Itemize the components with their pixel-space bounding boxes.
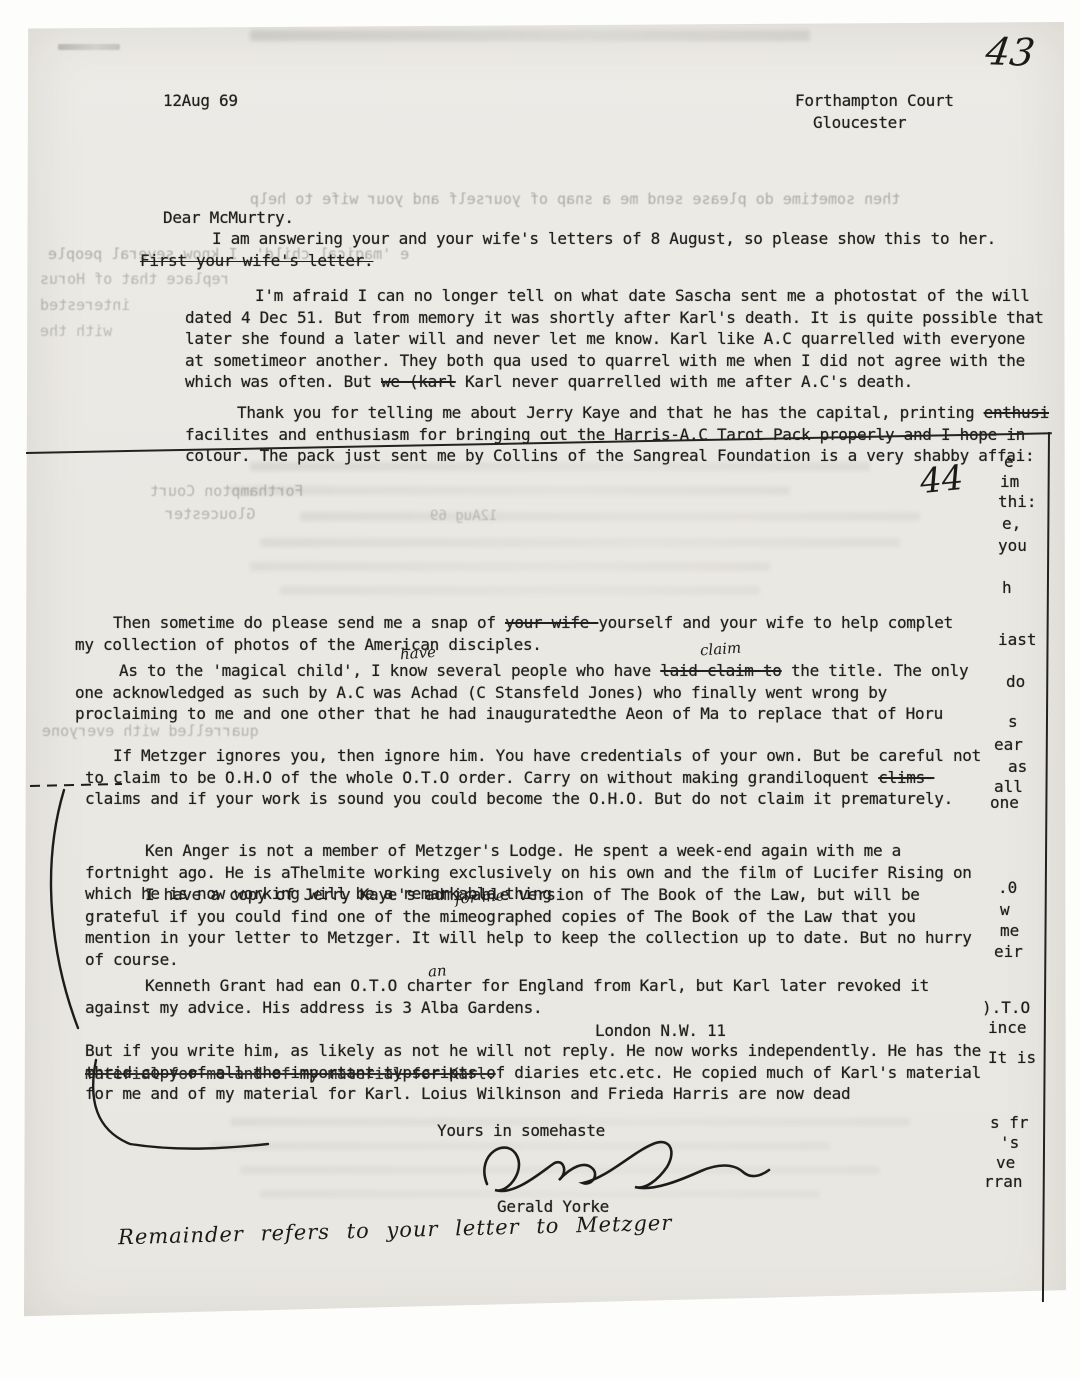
ghost-text-bar-10 [260,1190,820,1198]
p3-text-b: Karl never quarrelled with me after A.C'… [456,372,913,391]
p4-struck: enthusi [984,403,1049,422]
edge-fragment: .0 [998,878,1017,897]
scanned-letter-page: 43 44 12Aug 69 Forthampton Court Glouces… [0,0,1080,1379]
p7-struck: clims- [878,768,934,787]
edge-fragment: one [990,793,1019,812]
edge-fragment: e [1004,452,1014,471]
edge-fragment: you [998,536,1027,555]
ghost-text-bar-9 [240,1166,880,1174]
edge-fragment: w [1000,900,1010,919]
scan-smear-top [250,30,810,41]
ghost-text-bar-8 [210,1142,830,1150]
greeting: Dear McMurtry. [163,207,1043,229]
ghost-overlay-address-2: Gloucester [165,505,255,523]
ghost-text-bar-3 [300,512,920,521]
edge-fragment: e, [1002,514,1021,533]
paragraph-5: Then sometime do please send me a snap o… [75,612,980,655]
ghost-text-bar-4 [260,538,900,547]
insert-have: have [399,643,436,663]
edge-fragment: eir [994,942,1023,961]
letterhead-address-1: Forthampton Court [795,90,954,112]
p4-text-a: Thank you for telling me about Jerry Kay… [237,403,984,422]
edge-fragment: 's [1000,1133,1019,1152]
edge-fragment: ince [988,1018,1027,1037]
p6-text-a: As to the 'magical child', I know severa… [119,661,660,680]
paragraph-6: As to the 'magical child', I know severa… [75,660,985,725]
edge-fragment: thi: [998,492,1037,511]
ghost-text-bar-1 [250,462,870,471]
p2-sentence-1: I am answering your and your wife's lett… [212,229,996,248]
edge-fragment: iast [998,630,1037,649]
ghost-text-bar-7 [230,1118,910,1126]
ghost-mirrored-lower-1: quarrelled with everyone [42,722,259,740]
edge-fragment: do [1006,672,1025,691]
paragraph-2: I am answering your and your wife's lett… [140,228,1060,271]
p2-sentence-2: First your wife's letter. [140,251,373,270]
insert-for-me: for me [454,886,505,907]
edge-fragment: h [1002,578,1012,597]
p4-text-b: facilites and enthusiasm for bringing ou… [185,425,1034,466]
edge-fragment: as [1008,757,1027,776]
edge-fragment: ve [996,1153,1015,1172]
edge-fragment: ear [994,735,1023,754]
ghost-text-bar-2 [230,486,790,495]
ghost-mirrored-left-3: interested [40,296,130,314]
edge-fragment: rran [984,1172,1023,1191]
insert-an: an [427,961,447,980]
edge-fragment: ).T.O [982,998,1030,1017]
letterhead-address-2: Gloucester [813,112,906,134]
margin-pen-marks [30,770,290,1170]
ghost-text-bar-5 [250,562,770,571]
ghost-mirrored-left-4: with the [40,322,112,340]
p5-struck: your wife [505,613,598,632]
p5-text-a: Then sometime do please send me a snap o… [113,613,505,632]
edge-fragment: me [1000,921,1019,940]
ghost-text-bar-6 [280,586,760,595]
address-london: London N.W. 11 [595,1020,726,1042]
edge-fragment: im [1000,472,1019,491]
ghost-mirrored-line-top: then sometime do please send me a snap o… [250,190,900,208]
letter-date: 12Aug 69 [163,90,238,112]
edge-fragment: It is [988,1048,1036,1067]
paragraph-3: I'm afraid I can no longer tell on what … [185,285,1050,393]
p3-struck: we (karl [381,372,456,391]
insert-claim: claim [699,639,741,660]
edge-fragment: s fr [990,1113,1029,1132]
page-number-43: 43 [983,29,1037,74]
scan-smudge-topleft [58,44,120,50]
p6-struck: laid claim to [660,661,781,680]
edge-fragment: s [1008,712,1018,731]
